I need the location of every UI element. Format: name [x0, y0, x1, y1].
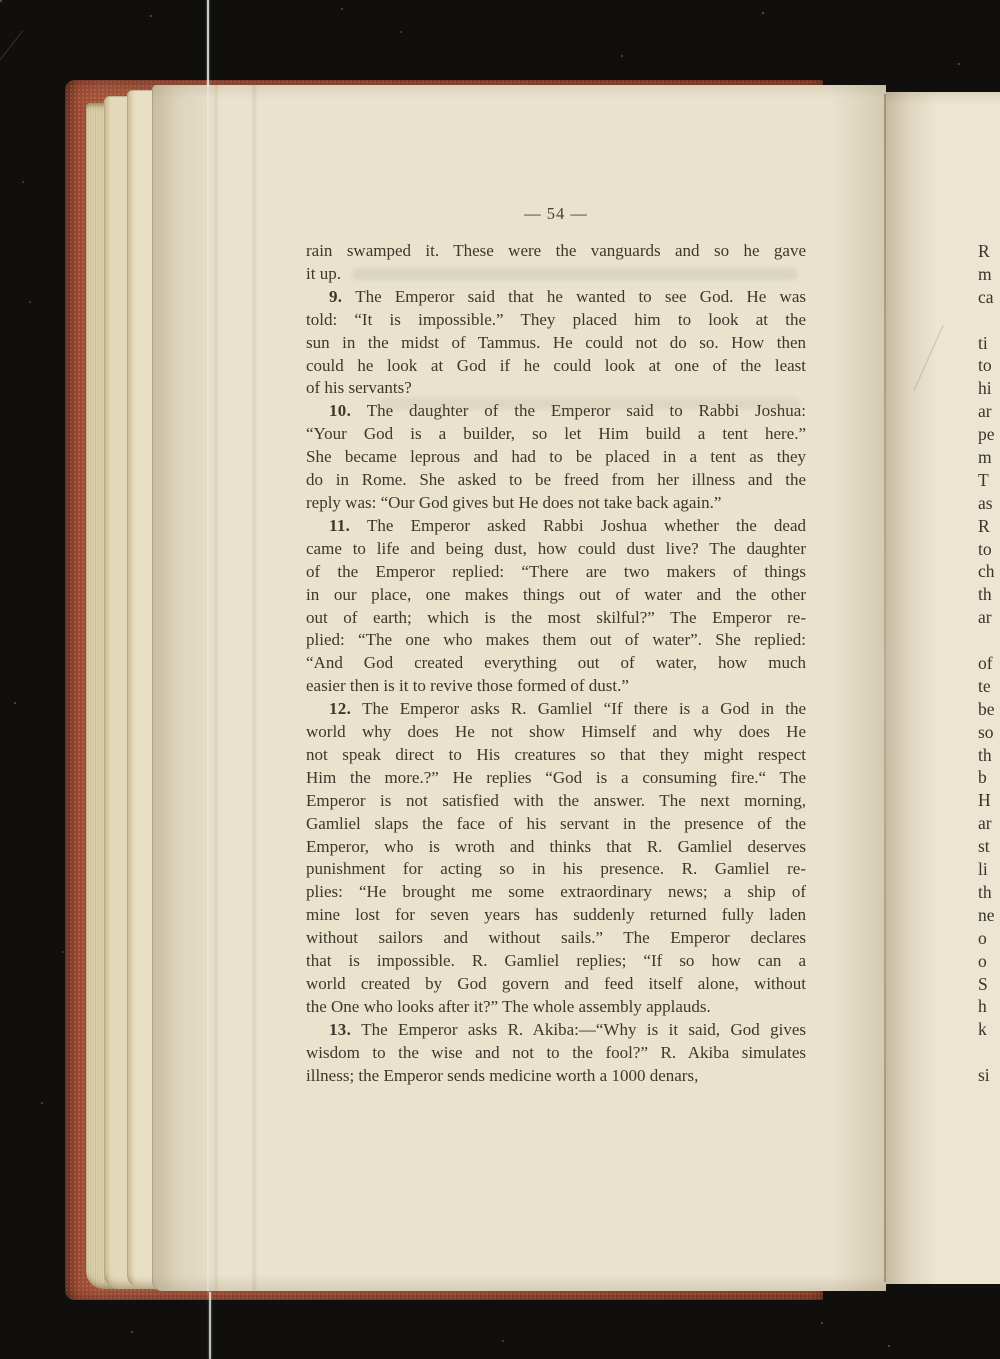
text-line: in our place, one makes things out of wa…	[306, 584, 806, 607]
text-line: came to life and being dust, how could d…	[306, 538, 806, 561]
text-line: mine lost for seven years has suddenly r…	[306, 904, 806, 927]
facing-text-fragment: th	[978, 744, 1000, 767]
facing-text-fragment: li	[978, 858, 1000, 881]
paragraph-number: 9.	[329, 287, 342, 306]
facing-text-fragment: T	[978, 469, 1000, 492]
facing-text-fragment: th	[978, 583, 1000, 606]
facing-text-fragment: R	[978, 240, 1000, 263]
facing-text-fragment: k	[978, 1018, 1000, 1041]
dust-speckles	[0, 0, 2, 2]
facing-text-fragment: to	[978, 538, 1000, 561]
facing-text-fragment: R	[978, 515, 1000, 538]
facing-text-fragment: ar	[978, 606, 1000, 629]
text-line: the One who looks after it?” The whole a…	[306, 996, 806, 1019]
text-block: rain swamped it. These were the vanguard…	[306, 240, 806, 1088]
facing-page-fragments: RmcatitohiarpemTasRtochtharoftebesothbHa…	[978, 240, 1000, 1087]
page-number: — 54 —	[306, 204, 806, 224]
paragraph-number: 13.	[329, 1020, 351, 1039]
facing-text-fragment	[978, 309, 1000, 332]
text-line: 13. The Emperor asks R. Akiba:—“Why is i…	[306, 1019, 806, 1042]
facing-text-fragment: o	[978, 950, 1000, 973]
text-line: that is impossible. R. Gamliel replies; …	[306, 950, 806, 973]
text-line: 12. The Emperor asks R. Gamliel “If ther…	[306, 698, 806, 721]
facing-text-fragment: m	[978, 263, 1000, 286]
facing-text-fragment: st	[978, 835, 1000, 858]
facing-text-fragment: ar	[978, 812, 1000, 835]
text-line: illness; the Emperor sends medicine wort…	[306, 1065, 806, 1088]
facing-text-fragment: be	[978, 698, 1000, 721]
text-line: Emperor is not satisfied with the answer…	[306, 790, 806, 813]
facing-text-fragment: ch	[978, 560, 1000, 583]
text-line: plies: “He brought me some extraordinary…	[306, 881, 806, 904]
facing-text-fragment	[978, 1041, 1000, 1064]
facing-text-fragment: of	[978, 652, 1000, 675]
paragraph-number: 10.	[329, 401, 351, 420]
facing-text-fragment: ar	[978, 400, 1000, 423]
paragraph-number: 11.	[329, 516, 350, 535]
text-line: of the Emperor replied: “There are two m…	[306, 561, 806, 584]
text-line: wisdom to the wise and not to the fool?”…	[306, 1042, 806, 1065]
page-holder-string	[207, 0, 209, 86]
paragraph-number: 12.	[329, 699, 351, 718]
scratch-mark	[0, 31, 23, 68]
facing-text-fragment: hi	[978, 377, 1000, 400]
text-line: world why does He not show Himself and w…	[306, 721, 806, 744]
text-line: Emperor, who is wroth and thinks that R.…	[306, 836, 806, 859]
facing-text-fragment: H	[978, 789, 1000, 812]
text-line: told: “It is impossible.” They placed hi…	[306, 309, 806, 332]
photo-backdrop: { "colors": { "background": "#100f0d", "…	[0, 0, 1000, 1359]
text-line: reply was: “Our God gives but He does no…	[306, 492, 806, 515]
text-line: sun in the midst of Tammus. He could not…	[306, 332, 806, 355]
text-line: 11. The Emperor asked Rabbi Joshua wheth…	[306, 515, 806, 538]
text-line: could he look at God if he could look at…	[306, 355, 806, 378]
text-line: do in Rome. She asked to be freed from h…	[306, 469, 806, 492]
text-line: 9. The Emperor said that he wanted to se…	[306, 286, 806, 309]
facing-text-fragment: ne	[978, 904, 1000, 927]
facing-text-fragment: pe	[978, 423, 1000, 446]
facing-text-fragment: to	[978, 354, 1000, 377]
text-line: Him the more.?” He replies “God is a con…	[306, 767, 806, 790]
text-line: Gamliel slaps the face of his servant in…	[306, 813, 806, 836]
facing-text-fragment: so	[978, 721, 1000, 744]
page-holder-string	[207, 86, 209, 1292]
text-line: it up.	[306, 263, 806, 286]
facing-text-fragment: te	[978, 675, 1000, 698]
facing-text-fragment: h	[978, 995, 1000, 1018]
facing-text-fragment	[978, 629, 1000, 652]
text-line: world created by God govern and feed its…	[306, 973, 806, 996]
text-line: easier then is it to revive those formed…	[306, 675, 806, 698]
facing-text-fragment: ti	[978, 332, 1000, 355]
text-line: without sailors and without sails.” The …	[306, 927, 806, 950]
facing-text-fragment: th	[978, 881, 1000, 904]
text-line: “Your God is a builder, so let Him build…	[306, 423, 806, 446]
facing-text-fragment: m	[978, 446, 1000, 469]
page-holder-string	[209, 1292, 211, 1359]
text-line: out of earth; which is the most skilful?…	[306, 607, 806, 630]
text-line: rain swamped it. These were the vanguard…	[306, 240, 806, 263]
text-line: of his servants?	[306, 377, 806, 400]
text-line: not speak direct to His creatures so tha…	[306, 744, 806, 767]
facing-text-fragment: as	[978, 492, 1000, 515]
facing-text-fragment: o	[978, 927, 1000, 950]
text-line: She became leprous and had to be placed …	[306, 446, 806, 469]
text-line: “And God created everything out of water…	[306, 652, 806, 675]
facing-text-fragment: ca	[978, 286, 1000, 309]
text-line: plied: “The one who makes them out of wa…	[306, 629, 806, 652]
facing-text-fragment: S	[978, 973, 1000, 996]
text-line: 10. The daughter of the Emperor said to …	[306, 400, 806, 423]
text-line: punishment for acting so in his presence…	[306, 858, 806, 881]
facing-text-fragment: b	[978, 766, 1000, 789]
facing-text-fragment: si	[978, 1064, 1000, 1087]
